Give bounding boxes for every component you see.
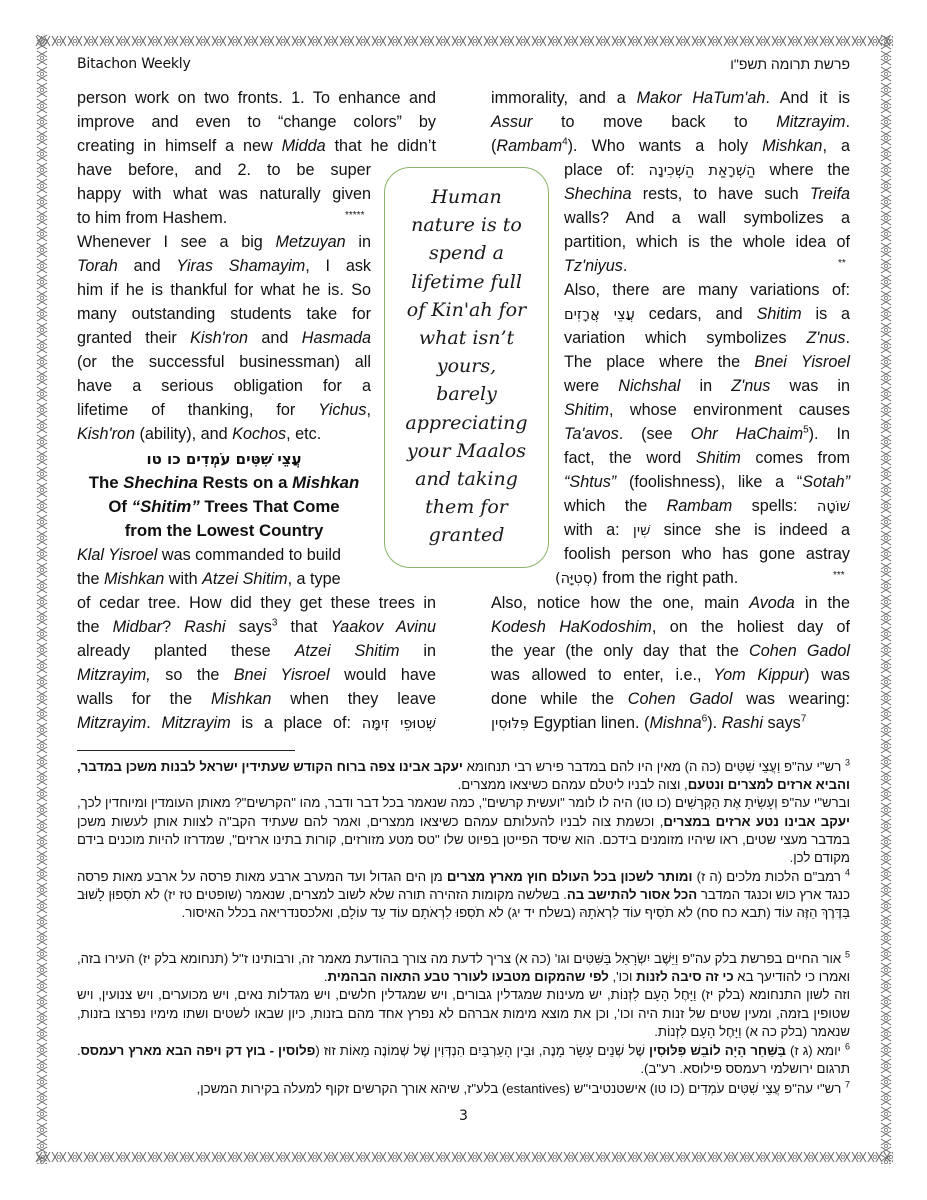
decorative-border-left <box>35 34 49 1164</box>
body-line: Assur to move back to Mitzrayim. <box>491 110 850 134</box>
body-line: Mitzrayim. Mitzrayim is a place of: שְׁט… <box>77 711 436 736</box>
body-line: happy with what was naturally given <box>77 182 371 206</box>
footnote-number: 6 <box>845 1042 850 1052</box>
pull-quote-text: Human nature is to spend a lifetime full… <box>385 183 548 550</box>
body-line: Kish'ron (ability), and Kochos, etc. <box>77 422 321 446</box>
body-line: walls? And a wall symbolizes a <box>564 206 850 230</box>
body-line: the Midbar? Rashi says3 that Yaakov Avin… <box>77 615 436 639</box>
body-line: פִּלּוּסִין Egyptian linen. (Mishna6). R… <box>491 711 806 736</box>
body-line: him if he is thankful for what he is. So <box>77 278 371 302</box>
pull-quote-box: Human nature is to spend a lifetime full… <box>384 167 549 568</box>
footnote-number: 4 <box>845 868 850 878</box>
footnote-number: 7 <box>845 1080 850 1090</box>
footnote-4: 4 רמב"ם הלכות מלכים (ה ז) ומותר לשכון בכ… <box>77 868 850 923</box>
body-line: Whenever I see a big Metzuyan in <box>77 230 371 254</box>
body-line: Shitim, whose environment causes <box>564 398 850 422</box>
body-line: Klal Yisroel was commanded to build <box>77 543 341 567</box>
body-line: granted their Kish'ron and Hasmada <box>77 326 371 350</box>
body-line: The place where the Bnei Yisroel <box>564 350 850 374</box>
body-line: partition, which is the whole idea of <box>564 230 850 254</box>
footnote-number: 5 <box>845 950 850 960</box>
section-break-stars: *** <box>833 570 845 581</box>
body-line: which the Rambam spells: שׁוֹטָה <box>564 494 850 519</box>
footnote-separator <box>77 750 295 751</box>
page-number: 3 <box>0 1108 927 1124</box>
body-line: walls for the Mishkan when they leave <box>77 687 436 711</box>
body-line: the year (the only day that the Cohen Ga… <box>491 639 850 663</box>
section-heading-line: from the Lowest Country <box>77 519 371 543</box>
body-line: improve and even to “change colors” by <box>77 110 436 134</box>
section-break-stars: ** <box>838 258 846 269</box>
footnote-5: 5 אור החיים בפרשת בלק עה"פ וַיֵּשֶׁב יִש… <box>77 950 850 1041</box>
section-heading-line: Of “Shitim” Trees That Come <box>77 495 371 519</box>
body-line: “Shtus” (foolishness), like a “Sotah” <box>564 470 850 494</box>
body-line: with a: שִׁין since she is indeed a <box>564 518 850 543</box>
body-line: Ta'avos. (see Ohr HaChaim5). In <box>564 422 850 446</box>
body-line: were Nichshal in Z'nus was in <box>564 374 850 398</box>
body-line: Mitzrayim, so the Bnei Yisroel would hav… <box>77 663 436 687</box>
body-line: variation which symbolizes Z'nus. <box>564 326 850 350</box>
decorative-border-bottom <box>35 1150 893 1164</box>
footnote-6: 6 יומא (ג ז) בַּשַּׁחַר הָיָה לוֹבֵשׁ פִ… <box>77 1042 850 1078</box>
footnote-3: 3 רש"י עה"פ וַעֲצֵי שִׁטִּים (כה ה) מאין… <box>77 758 850 867</box>
decorative-border-top <box>35 34 893 48</box>
decorative-border-right <box>879 34 893 1164</box>
body-line: immorality, and a Makor HaTum'ah. And it… <box>491 86 850 110</box>
body-line: the Mishkan with Atzei Shitim, a type <box>77 567 341 591</box>
footnote-7: 7 רש"י עה"פ עֲצֵי שִׁטִּים עֹמְדִים (כו … <box>77 1080 850 1098</box>
body-line: (Rambam4). Who wants a holy Mishkan, a <box>491 134 850 158</box>
section-break-stars: ***** <box>345 210 364 221</box>
publication-title: Bitachon Weekly <box>77 56 191 72</box>
body-line: person work on two fronts. 1. To enhance… <box>77 86 436 110</box>
body-line: place of: הַשְׁרָאַת הַשְׁכִינָה where t… <box>564 158 850 183</box>
body-line: (סְטִיָּה) from the right path. <box>555 566 738 591</box>
body-line: עֲצֵי אֲרָזִים cedars, and Shitim is a <box>564 302 850 327</box>
body-line: was allowed to enter, i.e., Yom Kippur) … <box>491 663 850 687</box>
body-line: fact, the word Shitim comes from <box>564 446 850 470</box>
body-line: done while the Cohen Gadol was wearing: <box>491 687 850 711</box>
body-line: Kodesh HaKodoshim, on the holiest day of <box>491 615 850 639</box>
body-line: Tz'niyus. <box>564 254 627 278</box>
footnote-number: 3 <box>845 758 850 768</box>
parsha-title: פרשת תרומה תשפ"ו <box>730 56 850 72</box>
body-line: Also, notice how the one, main Avoda in … <box>491 591 850 615</box>
body-line: to him from Hashem. <box>77 206 227 230</box>
section-heading-line: The Shechina Rests on a Mishkan <box>77 471 371 495</box>
section-heading-hebrew: עֲצֵי שִׁטִּים עֹמְדִים כו טו <box>77 448 371 470</box>
document-page: Bitachon Weekly פרשת תרומה תשפ"ו person … <box>0 0 927 1200</box>
body-line: Torah and Yiras Shamayim, I ask <box>77 254 371 278</box>
body-line: have before, and 2. to be super <box>77 158 371 182</box>
body-line: Also, there are many variations of: <box>564 278 850 302</box>
body-line: Shechina rests, to have such Treifa <box>564 182 850 206</box>
body-line: foolish person who has gone astray <box>564 542 850 566</box>
body-line: many outstanding students take for <box>77 302 371 326</box>
body-line: already planted these Atzei Shitim in <box>77 639 436 663</box>
body-line: of cedar tree. How did they get these tr… <box>77 591 436 615</box>
body-line: creating in himself a new Midda that he … <box>77 134 436 158</box>
body-line: have a serious obligation for a <box>77 374 371 398</box>
body-line: lifetime of thanking, for Yichus, <box>77 398 371 422</box>
body-line: (or the successful businessman) all <box>77 350 371 374</box>
